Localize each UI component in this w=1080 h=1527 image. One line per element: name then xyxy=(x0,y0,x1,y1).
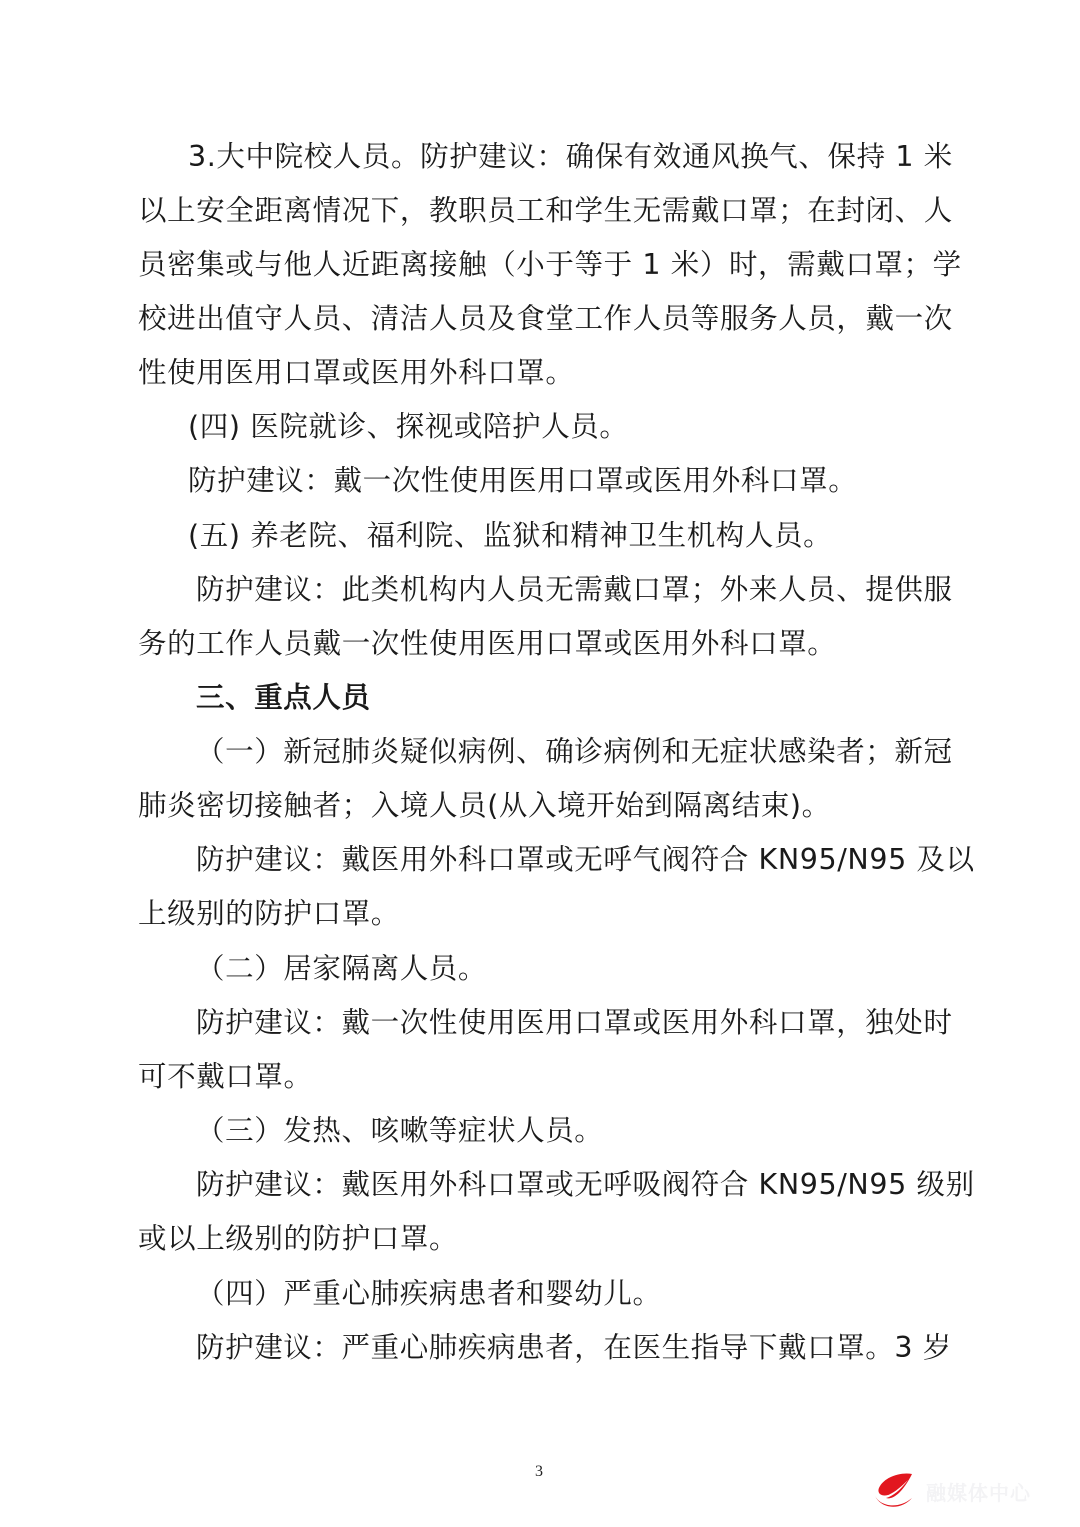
paragraph-line: 或以上级别的防护口罩。 xyxy=(138,1219,948,1259)
paragraph-line: 防护建议：严重心肺疾病患者，在医生指导下戴口罩。3 岁 xyxy=(196,1328,1006,1368)
paragraph-line: 性使用医用口罩或医用外科口罩。 xyxy=(138,353,948,393)
section-heading: （二）居家隔离人员。 xyxy=(196,949,1006,989)
section-heading: （四）严重心肺疾病患者和婴幼儿。 xyxy=(196,1274,1006,1314)
watermark: 融媒体中心 xyxy=(872,1470,1031,1512)
section-heading: (四) 医院就诊、探视或陪护人员。 xyxy=(188,407,998,447)
media-center-logo-icon xyxy=(872,1470,918,1512)
paragraph-line: 务的工作人员戴一次性使用医用口罩或医用外科口罩。 xyxy=(138,624,948,664)
watermark-text: 融媒体中心 xyxy=(926,1477,1031,1506)
paragraph-line: 校进出值守人员、清洁人员及食堂工作人员等服务人员，戴一次 xyxy=(138,299,948,339)
section-heading: （三）发热、咳嗽等症状人员。 xyxy=(196,1111,1006,1151)
section-heading: (五) 养老院、福利院、监狱和精神卫生机构人员。 xyxy=(188,516,998,556)
paragraph-line: 防护建议：戴一次性使用医用口罩或医用外科口罩。 xyxy=(188,461,998,501)
section-heading: （一）新冠肺炎疑似病例、确诊病例和无症状感染者；新冠 xyxy=(196,732,1006,772)
paragraph-line: 员密集或与他人近距离接触（小于等于 1 米）时，需戴口罩；学 xyxy=(138,245,948,285)
document-page: 3.大中院校人员。防护建议：确保有效通风换气、保持 1 米 以上安全距离情况下，… xyxy=(0,0,1080,1527)
page-number: 3 xyxy=(535,1463,543,1481)
paragraph-line: 可不戴口罩。 xyxy=(138,1057,948,1097)
paragraph-line: 防护建议：戴医用外科口罩或无呼气阀符合 KN95/N95 及以 xyxy=(196,840,1006,880)
paragraph-line: 上级别的防护口罩。 xyxy=(138,894,948,934)
paragraph-line: 肺炎密切接触者；入境人员(从入境开始到隔离结束)。 xyxy=(138,786,948,826)
paragraph-line: 防护建议：戴医用外科口罩或无呼吸阀符合 KN95/N95 级别 xyxy=(196,1165,1006,1205)
paragraph-line: 防护建议：此类机构内人员无需戴口罩；外来人员、提供服 xyxy=(196,570,1006,610)
paragraph-line: 防护建议：戴一次性使用医用口罩或医用外科口罩，独处时 xyxy=(196,1003,1006,1043)
paragraph-line: 3.大中院校人员。防护建议：确保有效通风换气、保持 1 米 xyxy=(188,137,998,177)
chapter-heading: 三、重点人员 xyxy=(196,678,1006,718)
paragraph-line: 以上安全距离情况下，教职员工和学生无需戴口罩；在封闭、人 xyxy=(138,191,948,231)
